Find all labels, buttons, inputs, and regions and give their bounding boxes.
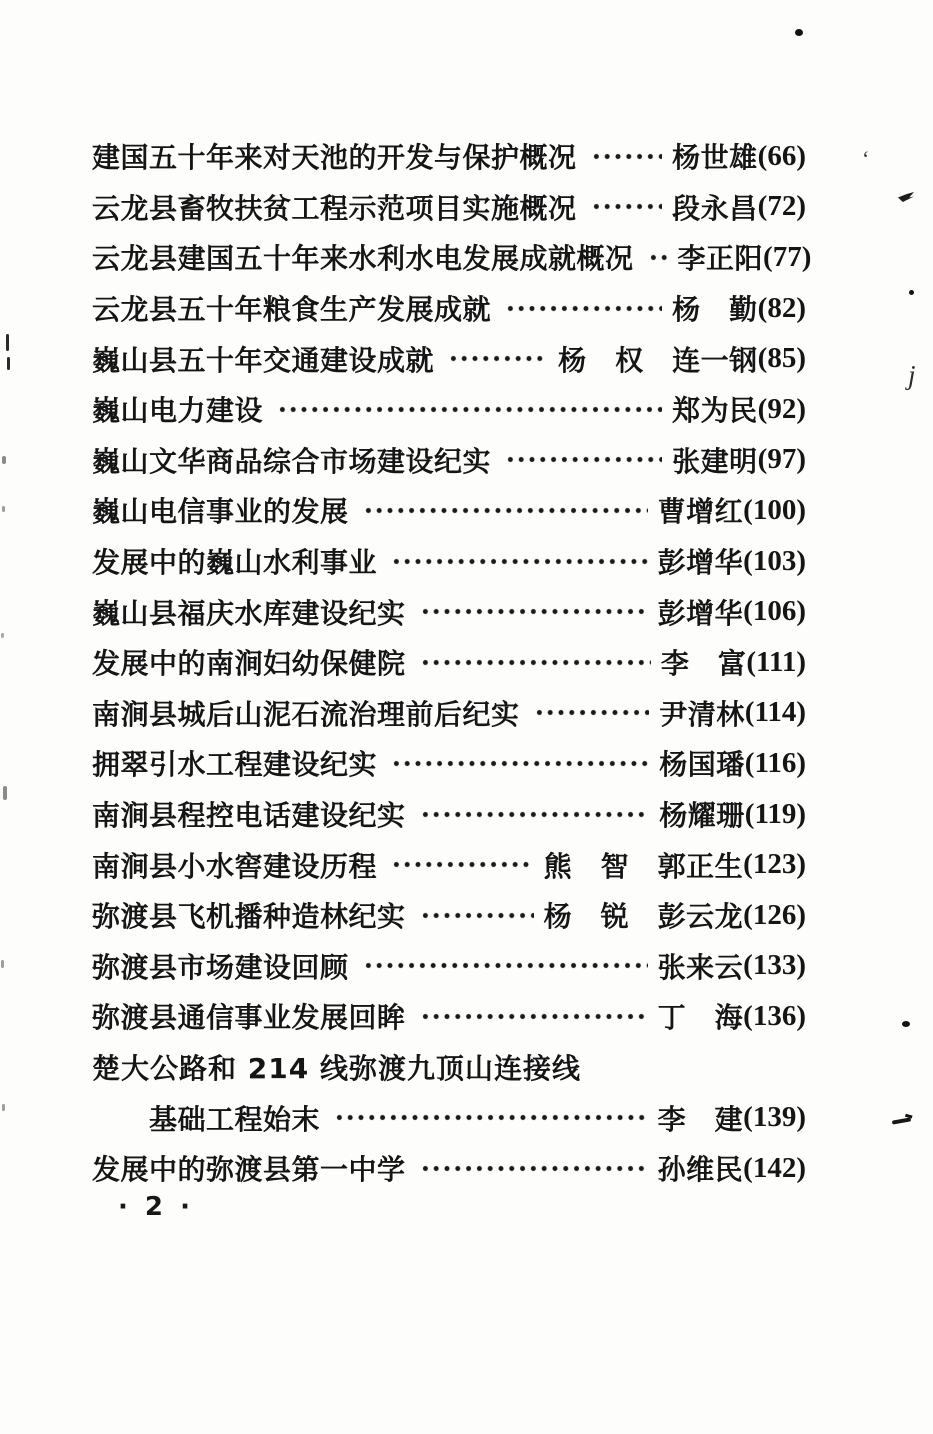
toc-entry-title: 拥翠引水工程建设纪实 — [92, 743, 377, 783]
toc-entry-page: (106) — [743, 595, 806, 628]
toc-entry: 建国五十年来对天池的开发与保护概况 杨世雄 (66) — [92, 131, 806, 182]
toc-entry-title: 发展中的南涧妇幼保健院 — [92, 642, 406, 682]
toc-entry-page: (119) — [745, 798, 806, 831]
toc-entry-title: 巍山电力建设 — [92, 389, 263, 429]
toc-entry-page: (126) — [743, 899, 806, 932]
toc-entry-page: (136) — [743, 1000, 806, 1033]
scan-speck — [795, 29, 803, 36]
dot-leader — [277, 384, 662, 435]
toc-entry-page: (82) — [758, 292, 806, 325]
toc-entry-page: (139) — [743, 1101, 806, 1134]
dot-leader — [505, 283, 662, 334]
toc-entry-page: (72) — [758, 190, 806, 223]
toc-entry-page: (92) — [758, 393, 806, 426]
scanned-toc-page: 建国五十年来对天池的开发与保护概况 杨世雄 (66) 云龙县畜牧扶贫工程示范项目… — [0, 0, 933, 1434]
toc-entry-author: 李 富 — [661, 642, 747, 682]
table-of-contents: 建国五十年来对天池的开发与保护概况 杨世雄 (66) 云龙县畜牧扶贫工程示范项目… — [92, 131, 806, 1193]
toc-entry-title: 云龙县建国五十年来水利水电发展成就概况 — [92, 237, 634, 277]
toc-entry-author: 李正阳 — [678, 237, 764, 277]
toc-entry-author: 尹清林 — [659, 693, 745, 733]
dot-leader — [591, 182, 663, 233]
toc-entry: 云龙县五十年粮食生产发展成就 杨 勤 (82) — [92, 283, 806, 334]
dot-leader — [420, 586, 648, 637]
scan-edge-mark — [7, 357, 10, 370]
toc-entry-title: 云龙县五十年粮食生产发展成就 — [92, 288, 491, 328]
toc-entry-page: (114) — [745, 696, 806, 729]
toc-entry-page: (103) — [743, 545, 806, 578]
dot-leader — [420, 789, 650, 840]
dot-leader — [420, 637, 651, 688]
toc-entry-author: 彭增华 — [658, 541, 744, 581]
toc-entry-page: (85) — [758, 342, 806, 375]
toc-entry-title: 发展中的巍山水利事业 — [92, 541, 377, 581]
dot-leader — [391, 536, 648, 587]
toc-entry-page: (66) — [758, 140, 806, 173]
toc-entry: 南涧县城后山泥石流治理前后纪实 尹清林 (114) — [92, 688, 806, 739]
toc-entry-author: 熊 智 郭正生 — [544, 845, 744, 885]
toc-entry-title: 巍山电信事业的发展 — [92, 490, 349, 530]
toc-entry-page: (97) — [758, 443, 806, 476]
toc-entry-title: 弥渡县通信事业发展回眸 — [92, 996, 406, 1036]
toc-entry-author: 李 建 — [658, 1098, 744, 1138]
toc-entry: 南涧县小水窖建设历程 熊 智 郭正生 (123) — [92, 839, 806, 890]
scan-stray-glyph: j — [908, 360, 916, 391]
toc-entry: 巍山县福庆水库建设纪实 彭增华 (106) — [92, 586, 806, 637]
toc-entry: 南涧县程控电话建设纪实 杨耀珊 (119) — [92, 789, 806, 840]
toc-entry-author: 杨 锐 彭云龙 — [544, 895, 744, 935]
page-number-footer: · 2 · — [118, 1192, 194, 1222]
dot-leader — [505, 435, 662, 486]
scan-edge-mark — [3, 786, 7, 800]
toc-entry-author: 丁 海 — [658, 996, 744, 1036]
dot-leader — [391, 839, 534, 890]
toc-entry: 巍山文华商品综合市场建设纪实 张建明 (97) — [92, 435, 806, 486]
scan-smudge — [892, 1117, 911, 1124]
toc-entry: 拥翠引水工程建设纪实 杨国璠 (116) — [92, 738, 806, 789]
toc-entry-page: (100) — [743, 494, 806, 527]
toc-entry-page: (133) — [743, 949, 806, 982]
toc-entry-title: 建国五十年来对天池的开发与保护概况 — [92, 136, 577, 176]
toc-entry-author: 杨国璠 — [659, 743, 745, 783]
dot-leader — [591, 131, 663, 182]
dot-leader — [334, 1092, 648, 1143]
scan-edge-mark — [1, 633, 4, 638]
toc-entry-title: 巍山文华商品综合市场建设纪实 — [92, 440, 491, 480]
dot-leader — [391, 738, 649, 789]
toc-entry-page: (142) — [743, 1152, 806, 1185]
toc-entry: 云龙县畜牧扶贫工程示范项目实施概况 段永昌 (72) — [92, 182, 806, 233]
toc-entry: 发展中的巍山水利事业 彭增华 (103) — [92, 536, 806, 587]
toc-entry-title: 弥渡县飞机播种造林纪实 — [92, 895, 406, 935]
toc-entry-title: 楚大公路和 214 线弥渡九顶山连接线 — [92, 1047, 581, 1087]
toc-entry-page: (77) — [763, 241, 811, 274]
scan-edge-mark — [1, 960, 4, 968]
toc-entry: 发展中的南涧妇幼保健院 李 富 (111) — [92, 637, 806, 688]
toc-entry-author: 张来云 — [658, 946, 744, 986]
toc-entry: 弥渡县市场建设回顾 张来云 (133) — [92, 941, 806, 992]
toc-entry-title: 南涧县程控电话建设纪实 — [92, 794, 406, 834]
scan-edge-mark — [6, 334, 9, 351]
dot-leader — [648, 232, 668, 283]
toc-entry: 发展中的弥渡县第一中学 孙维民 (142) — [92, 1143, 806, 1194]
dot-leader — [363, 485, 648, 536]
toc-entry: 云龙县建国五十年来水利水电发展成就概况 李正阳 (77) — [92, 232, 806, 283]
scan-smudge — [898, 192, 914, 202]
toc-entry: 弥渡县通信事业发展回眸 丁 海 (136) — [92, 991, 806, 1042]
scan-edge-mark — [2, 456, 6, 464]
toc-entry-page: (116) — [745, 747, 806, 780]
dot-leader — [420, 890, 534, 941]
toc-entry-author: 杨 权 连一钢 — [558, 339, 758, 379]
toc-entry: 巍山县五十年交通建设成就 杨 权 连一钢 (85) — [92, 333, 806, 384]
toc-entry-page: (111) — [746, 646, 806, 679]
toc-entry: 巍山电力建设 郑为民 (92) — [92, 384, 806, 435]
toc-entry-author: 杨 勤 — [672, 288, 758, 328]
toc-entry-author: 郑为民 — [672, 389, 758, 429]
toc-entry-author: 段永昌 — [672, 187, 758, 227]
dot-leader — [363, 941, 648, 992]
dot-leader — [420, 991, 648, 1042]
toc-entry-wrapped-second-line: 基础工程始末 李 建 (139) — [92, 1092, 806, 1143]
toc-entry-author: 杨耀珊 — [659, 794, 745, 834]
toc-entry-wrapped-first-line: 楚大公路和 214 线弥渡九顶山连接线 — [92, 1042, 806, 1093]
scan-speck — [909, 290, 914, 295]
scan-edge-mark — [2, 1104, 5, 1111]
toc-entry-author: 孙维民 — [658, 1148, 744, 1188]
dot-leader — [534, 688, 650, 739]
toc-entry-title: 发展中的弥渡县第一中学 — [92, 1148, 406, 1188]
toc-entry-title: 云龙县畜牧扶贫工程示范项目实施概况 — [92, 187, 577, 227]
toc-entry-title: 南涧县小水窖建设历程 — [92, 845, 377, 885]
toc-entry-title: 巍山县福庆水库建设纪实 — [92, 592, 406, 632]
toc-entry-title: 基础工程始末 — [149, 1098, 320, 1138]
toc-entry-title: 弥渡县市场建设回顾 — [92, 946, 349, 986]
toc-entry: 巍山电信事业的发展 曹增红 (100) — [92, 485, 806, 536]
dot-leader — [420, 1143, 648, 1194]
toc-entry-author: 彭增华 — [658, 592, 744, 632]
toc-entry-title: 南涧县城后山泥石流治理前后纪实 — [92, 693, 520, 733]
toc-entry-author: 杨世雄 — [672, 136, 758, 176]
toc-entry-author: 张建明 — [672, 440, 758, 480]
toc-entry-author: 曹增红 — [658, 490, 744, 530]
toc-entry-page: (123) — [743, 848, 806, 881]
toc-entry: 弥渡县飞机播种造林纪实 杨 锐 彭云龙 (126) — [92, 890, 806, 941]
dot-leader — [448, 333, 548, 384]
scan-speck — [902, 1021, 910, 1027]
scan-tick-mark: ʻ — [862, 146, 869, 172]
toc-entry-title: 巍山县五十年交通建设成就 — [92, 339, 434, 379]
scan-edge-mark — [2, 506, 5, 512]
